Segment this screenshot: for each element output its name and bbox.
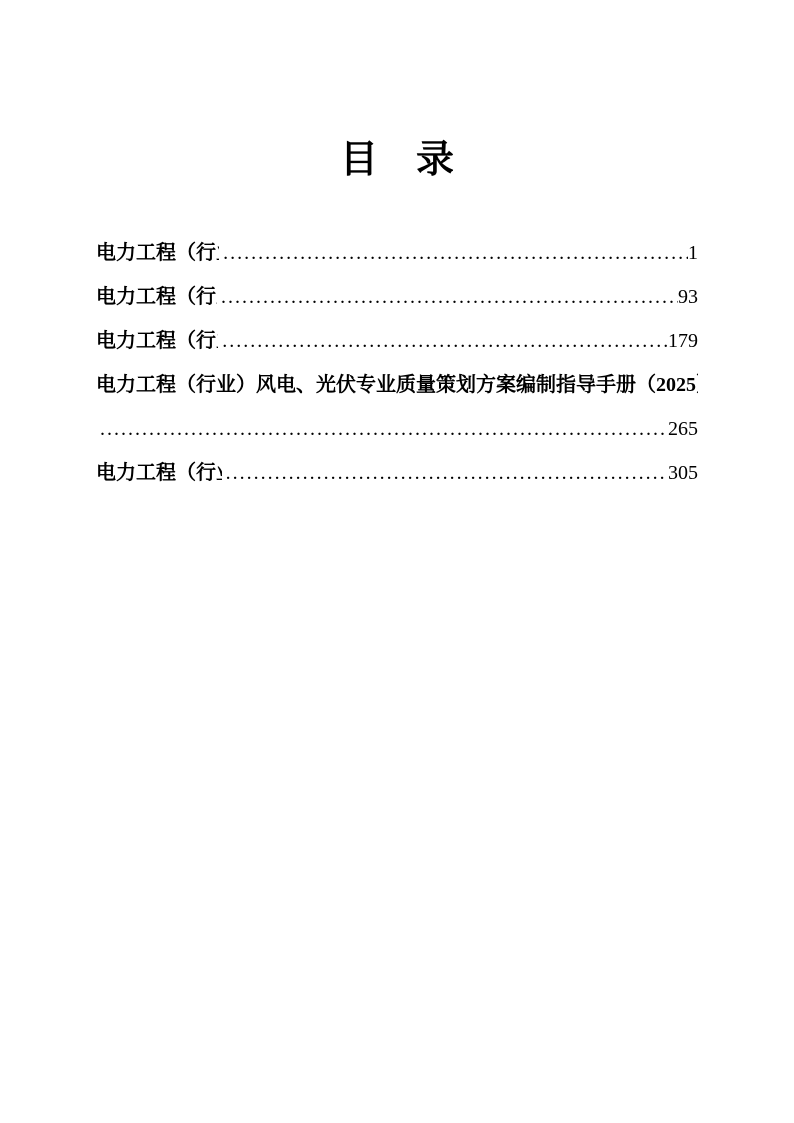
toc-page-number: 305 bbox=[668, 451, 698, 495]
toc-entry: 电力工程（行业）储能工程专业质量策划方案编制指导手册（2025） .......… bbox=[96, 451, 698, 495]
toc-page-number: 179 bbox=[668, 319, 698, 363]
document-page: 目 录 电力工程（行业）火电工程质量策划方案编制指导手册（2025） .....… bbox=[0, 0, 794, 1123]
page-title: 目 录 bbox=[96, 140, 698, 180]
toc-entry-label: 电力工程（行业）风电、光伏专业质量策划方案编制指导手册（2025） bbox=[96, 363, 698, 407]
toc-entry: 电力工程（行业）风电、光伏专业质量策划方案编制指导手册（2025） bbox=[96, 363, 698, 407]
dot-leader: ........................................… bbox=[217, 275, 678, 319]
toc-page-number: 93 bbox=[678, 275, 698, 319]
toc-entry-label: 电力工程（行业）水电工程质量策划方案编制指导手册（2025） bbox=[96, 275, 217, 319]
toc-entry: 电力工程（行业）火电工程质量策划方案编制指导手册（2025） .........… bbox=[96, 231, 698, 275]
table-of-contents: 电力工程（行业）火电工程质量策划方案编制指导手册（2025） .........… bbox=[96, 231, 698, 495]
toc-entry-label: 电力工程（行业）火电工程质量策划方案编制指导手册（2025） bbox=[96, 231, 219, 275]
toc-entry-label: 电力工程（行业）输变电工程质量策划方案编制指导手册（2025） bbox=[96, 319, 218, 363]
toc-entry-continuation: ........................................… bbox=[96, 407, 698, 451]
toc-entry-label: 电力工程（行业）储能工程专业质量策划方案编制指导手册（2025） bbox=[96, 451, 222, 495]
toc-entry: 电力工程（行业）输变电工程质量策划方案编制指导手册（2025） ........… bbox=[96, 319, 698, 363]
dot-leader: ........................................… bbox=[219, 231, 688, 275]
dot-leader: ........................................… bbox=[218, 319, 668, 363]
toc-entry: 电力工程（行业）水电工程质量策划方案编制指导手册（2025） .........… bbox=[96, 275, 698, 319]
dot-leader: ........................................… bbox=[222, 451, 668, 495]
toc-page-number: 265 bbox=[668, 407, 698, 451]
toc-page-number: 1 bbox=[688, 231, 698, 275]
dot-leader: ........................................… bbox=[96, 407, 668, 451]
